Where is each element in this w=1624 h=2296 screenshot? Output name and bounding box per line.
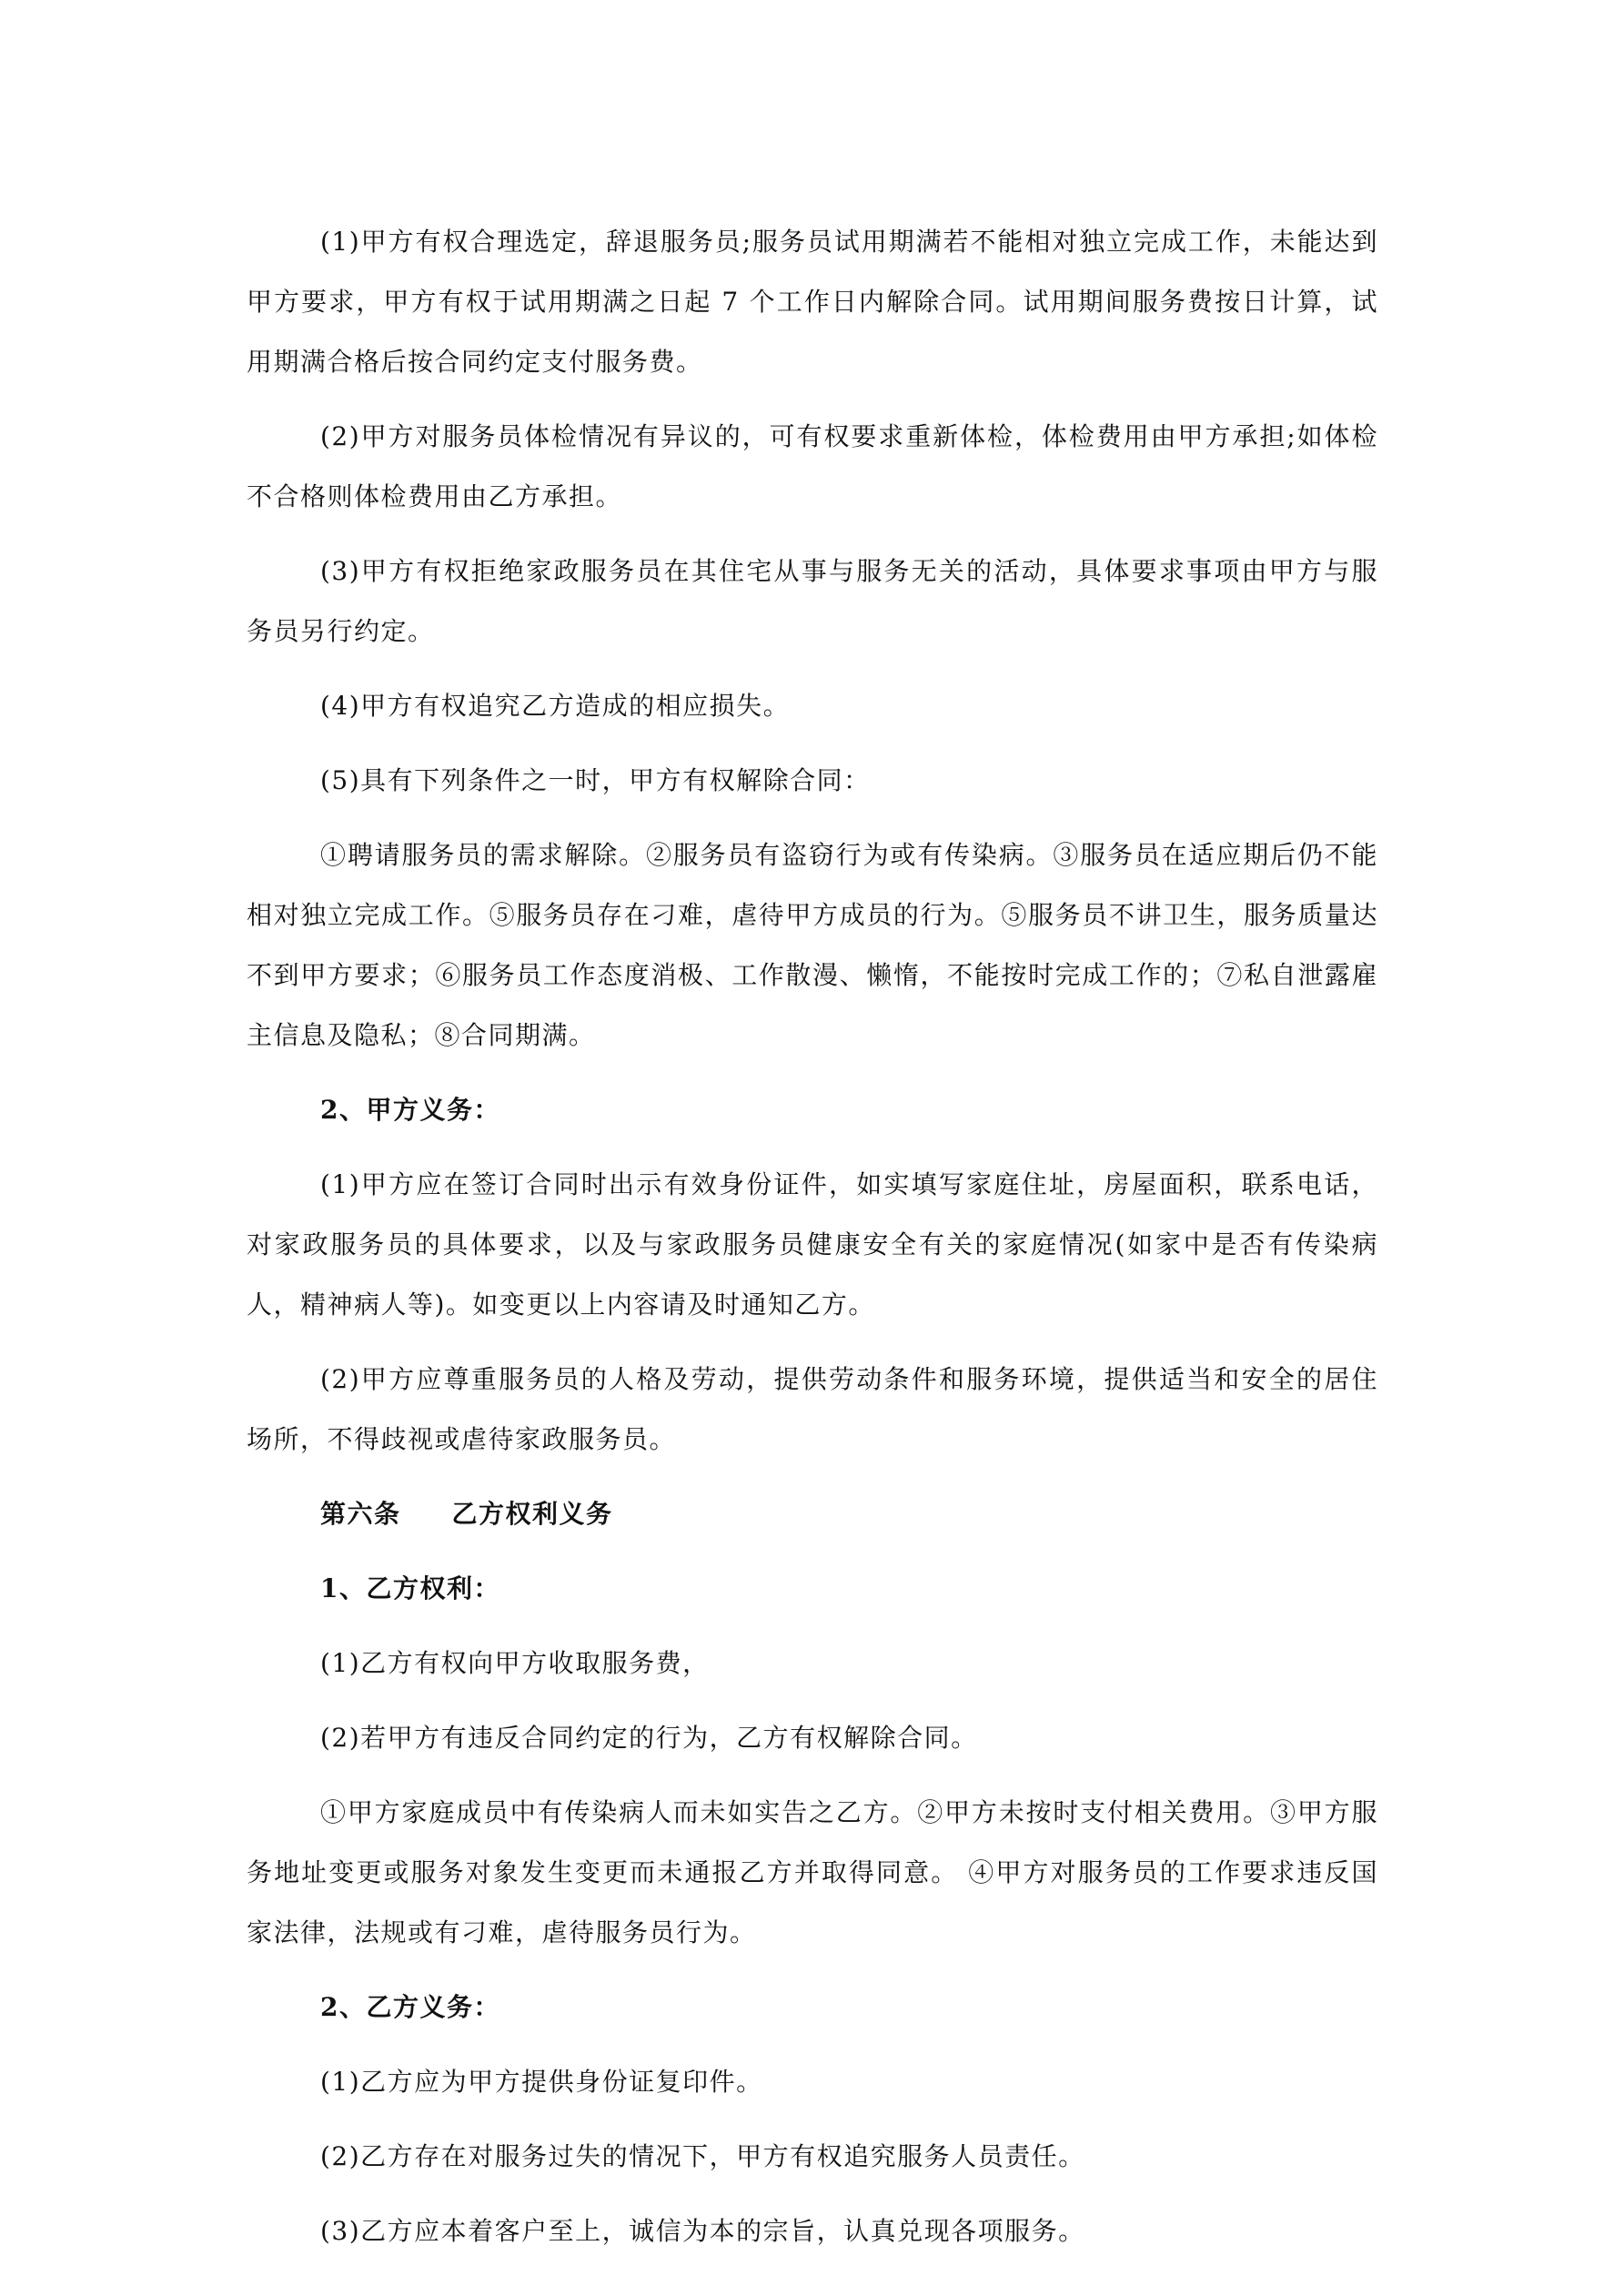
party-a-obligation-1: (1)甲方应在签订合同时出示有效身份证件，如实填写家庭住址，房屋面积，联系电话，…: [247, 1155, 1378, 1335]
party-b-rights-heading: 1、乙方权利：: [247, 1559, 1378, 1619]
article-6-heading: 第六条乙方权利义务: [247, 1484, 1378, 1544]
party-a-right-5: (5)具有下列条件之一时，甲方有权解除合同：: [247, 751, 1378, 811]
article-number: 第六条: [320, 1499, 401, 1529]
party-b-obligation-3: (3)乙方应本着客户至上，诚信为本的宗旨，认真兑现各项服务。: [247, 2201, 1378, 2261]
party-b-obligations-heading: 2、乙方义务：: [247, 1977, 1378, 2038]
party-a-obligation-2: (2)甲方应尊重服务员的人格及劳动，提供劳动条件和服务环境，提供适当和安全的居住…: [247, 1350, 1378, 1470]
party-b-right-1: (1)乙方有权向甲方收取服务费，: [247, 1633, 1378, 1694]
party-b-right-2: (2)若甲方有违反合同约定的行为，乙方有权解除合同。: [247, 1708, 1378, 1768]
party-b-obligation-2: (2)乙方存在对服务过失的情况下，甲方有权追究服务人员责任。: [247, 2127, 1378, 2187]
party-a-right-2: (2)甲方对服务员体检情况有异议的，可有权要求重新体检，体检费用由甲方承担;如体…: [247, 407, 1378, 527]
article-title: 乙方权利义务: [452, 1499, 613, 1529]
party-a-obligations-heading: 2、甲方义务：: [247, 1080, 1378, 1140]
document-page: (1)甲方有权合理选定，辞退服务员;服务员试用期满若不能相对独立完成工作，未能达…: [247, 212, 1378, 2276]
party-b-termination-conditions: ①甲方家庭成员中有传染病人而未如实告之乙方。②甲方未按时支付相关费用。③甲方服务…: [247, 1783, 1378, 1963]
party-a-right-4: (4)甲方有权追究乙方造成的相应损失。: [247, 676, 1378, 736]
party-a-right-1: (1)甲方有权合理选定，辞退服务员;服务员试用期满若不能相对独立完成工作，未能达…: [247, 212, 1378, 392]
party-b-obligation-1: (1)乙方应为甲方提供身份证复印件。: [247, 2052, 1378, 2112]
party-a-right-3: (3)甲方有权拒绝家政服务员在其住宅从事与服务无关的活动，具体要求事项由甲方与服…: [247, 541, 1378, 662]
party-a-termination-conditions: ①聘请服务员的需求解除。②服务员有盗窃行为或有传染病。③服务员在适应期后仍不能相…: [247, 825, 1378, 1066]
